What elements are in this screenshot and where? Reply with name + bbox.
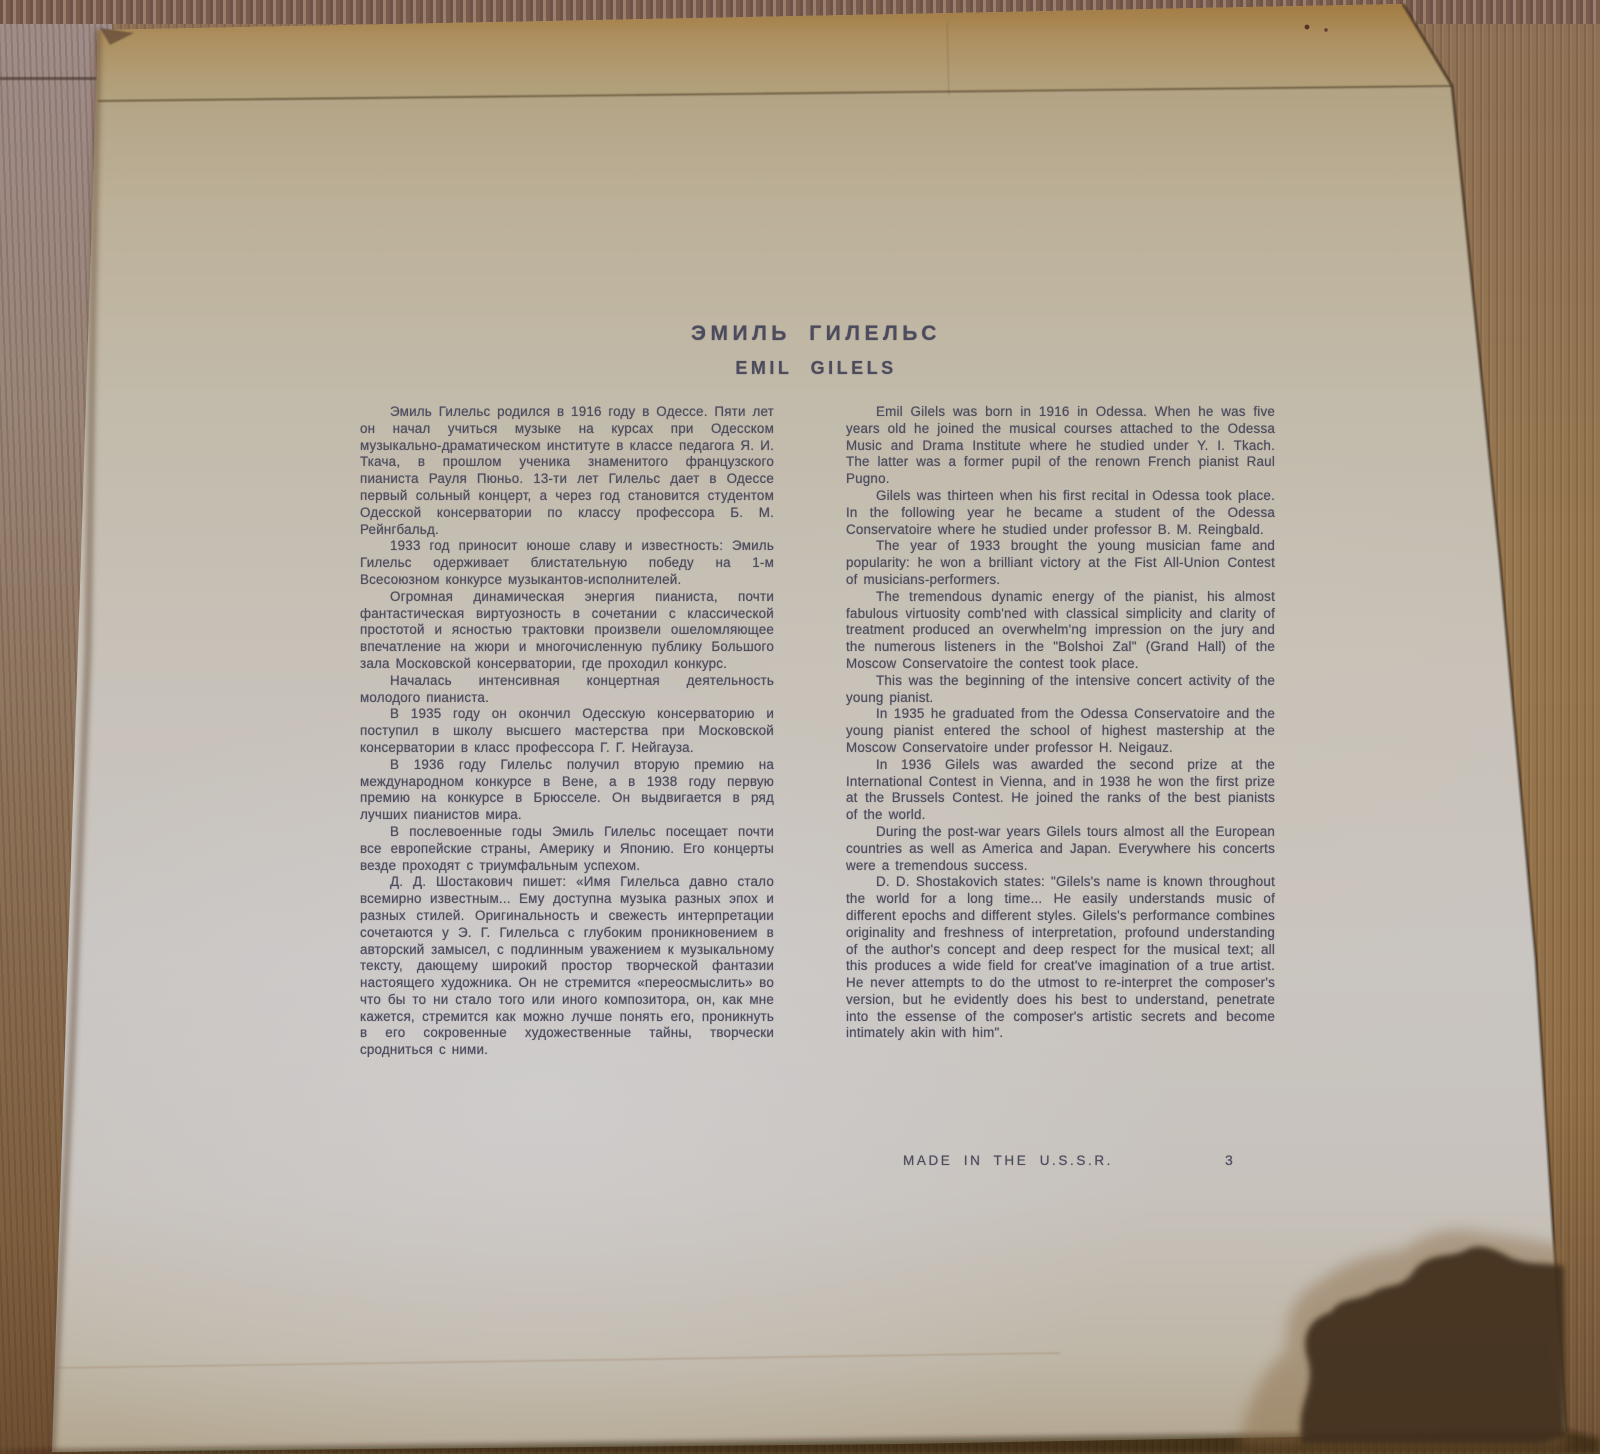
paragraph: During the post-war years Gilels tours a… xyxy=(846,824,1275,874)
footer-row: MADE IN THE U.S.S.R. 3 xyxy=(903,1152,1233,1168)
photo-of-record-sleeve-back: { "album": { "title_ru": "ЭМИЛЬ ГИЛЕЛЬС"… xyxy=(0,0,1600,1454)
page-number: 3 xyxy=(1225,1152,1233,1168)
paragraph: В 1935 году он окончил Одесскую консерва… xyxy=(360,706,774,756)
paragraph: Emil Gilels was born in 1916 in Odessa. … xyxy=(846,404,1275,488)
liner-notes: Эмиль Гилельс родился в 1916 году в Одес… xyxy=(360,404,1275,1059)
record-sleeve-back: ЭМИЛЬ ГИЛЕЛЬС EMIL GILELS Эмиль Гилельс … xyxy=(0,0,1600,1454)
paragraph: The tremendous dynamic energy of the pia… xyxy=(846,589,1275,673)
paragraph: Началась интенсивная концертная деятельн… xyxy=(360,673,774,707)
paragraph: В 1936 году Гилельс получил вторую преми… xyxy=(360,757,774,824)
paragraph: Gilels was thirteen when his first recit… xyxy=(846,488,1275,538)
russian-text-column: Эмиль Гилельс родился в 1916 году в Одес… xyxy=(360,404,774,1059)
paragraph: D. D. Shostakovich states: "Gilels's nam… xyxy=(846,874,1275,1042)
paragraph: The year of 1933 brought the young music… xyxy=(846,538,1275,588)
wood-plank-seam xyxy=(0,77,100,80)
paragraph: In 1935 he graduated from the Odessa Con… xyxy=(846,706,1275,756)
artist-title-english: EMIL GILELS xyxy=(360,358,1272,379)
paragraph: Огромная динамическая энергия пианиста, … xyxy=(360,589,774,673)
made-in-ussr-label: MADE IN THE U.S.S.R. xyxy=(903,1153,1113,1168)
paragraph: Д. Д. Шостакович пишет: «Имя Гилельса да… xyxy=(360,874,774,1059)
artist-title-russian: ЭМИЛЬ ГИЛЕЛЬС xyxy=(360,322,1272,346)
paragraph: In 1936 Gilels was awarded the second pr… xyxy=(846,757,1275,824)
title-block: ЭМИЛЬ ГИЛЕЛЬС EMIL GILELS xyxy=(360,322,1272,379)
paragraph: This was the beginning of the intensive … xyxy=(846,673,1275,707)
paragraph: В послевоенные годы Эмиль Гилельс посеща… xyxy=(360,824,774,874)
paragraph: Эмиль Гилельс родился в 1916 году в Одес… xyxy=(360,404,774,538)
paragraph: 1933 год приносит юноше славу и известно… xyxy=(360,538,774,588)
english-text-column: Emil Gilels was born in 1916 in Odessa. … xyxy=(846,404,1275,1059)
